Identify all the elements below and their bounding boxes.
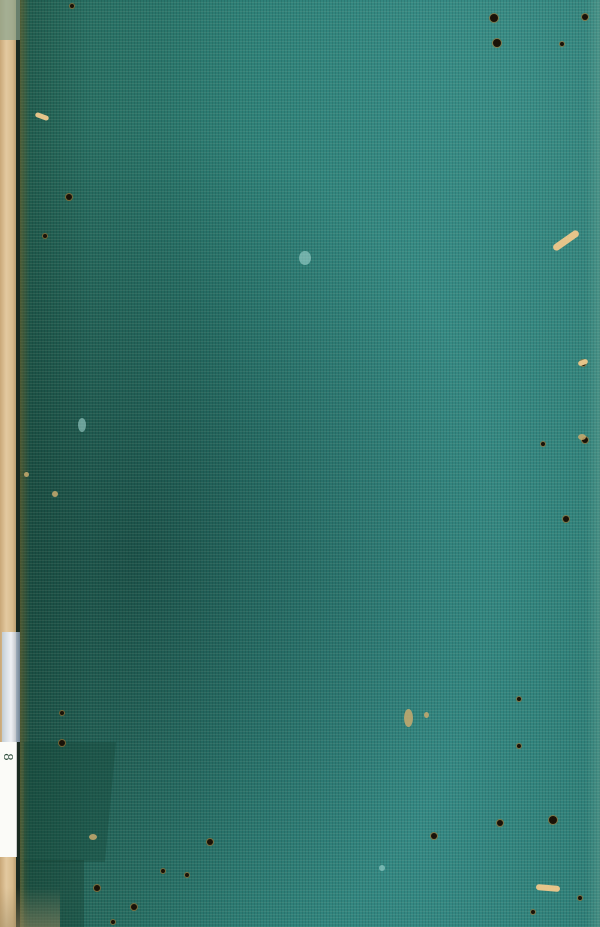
cloth-edge-right	[586, 0, 600, 927]
wormhole-mark	[549, 816, 557, 824]
wormhole-mark	[563, 516, 569, 522]
pale-mark	[299, 251, 311, 265]
wormhole-mark	[207, 839, 213, 845]
wormhole-mark	[59, 740, 65, 746]
pale-mark	[379, 865, 385, 871]
wormhole-mark	[490, 14, 498, 22]
book-cover: 8	[0, 0, 600, 927]
wormhole-mark	[94, 885, 100, 891]
faded-patch	[24, 742, 116, 862]
wormhole-mark	[60, 711, 64, 715]
library-label: 8	[0, 742, 17, 857]
wormhole-mark	[70, 4, 74, 8]
spine-top-wear	[0, 0, 20, 40]
stain-mark	[578, 434, 586, 440]
stain-mark	[24, 472, 29, 477]
wormhole-mark	[582, 14, 588, 20]
wormhole-mark	[431, 833, 437, 839]
stain-mark	[404, 709, 413, 727]
stain-mark	[89, 834, 97, 840]
pale-mark	[78, 418, 86, 432]
wormhole-mark	[161, 869, 165, 873]
wormhole-mark	[111, 920, 115, 924]
wormhole-mark	[66, 194, 72, 200]
stain-mark	[424, 712, 429, 718]
stain-mark	[52, 491, 58, 497]
wormhole-mark	[497, 820, 503, 826]
wormhole-mark	[131, 904, 137, 910]
wormhole-mark	[43, 234, 47, 238]
wormhole-mark	[560, 42, 564, 46]
corner-wear	[0, 887, 60, 927]
wormhole-mark	[185, 873, 189, 877]
library-label-text: 8	[1, 753, 15, 761]
wormhole-mark	[531, 910, 535, 914]
wormhole-mark	[517, 697, 521, 701]
wormhole-mark	[578, 896, 582, 900]
wormhole-mark	[517, 744, 521, 748]
library-tape	[2, 632, 20, 742]
wormhole-mark	[493, 39, 501, 47]
wormhole-mark	[541, 442, 545, 446]
